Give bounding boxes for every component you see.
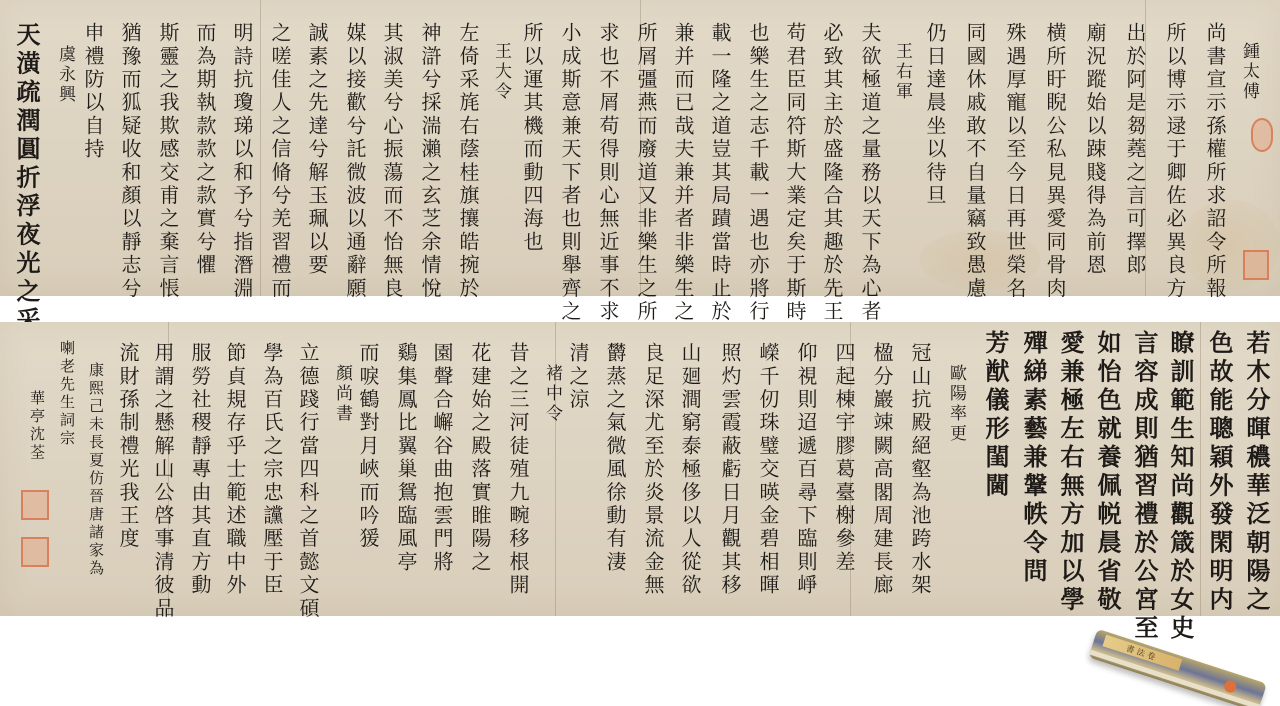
text-column: 廟況蹤始以踈賤得為前恩 (1085, 22, 1105, 277)
text-column: 猶豫而狐疑收和顏以靜志兮 (120, 22, 140, 300)
text-column: 而唳鶴對月峽而吟猨 (358, 342, 378, 551)
text-column: 苟君臣同符斯大業定矣于斯時 (785, 22, 805, 324)
seal-stamp (1251, 118, 1273, 152)
text-column: 所屑彊燕而廢道又非樂生之所 (636, 22, 656, 324)
text-column: 左倚采旄右蔭桂旗攘皓捥於 (458, 22, 478, 300)
text-column: 神滸兮採湍瀨之玄芝余情悅 (420, 22, 440, 300)
text-column: 愛兼極左右無方加以學 (1058, 330, 1082, 615)
text-column: 同國休戚敢不自量竊致愚慮 (965, 22, 985, 300)
text-column: 喇老先生詞宗 (59, 340, 74, 448)
scroll-top-section: 鍾太傅 尚書宣示孫權所求詔令所報 所以博示逯于卿佐必異良方 出於阿是芻蕘之言可擇… (0, 0, 1280, 296)
text-column: 清之涼 (568, 342, 588, 412)
paper-seam (1200, 322, 1201, 616)
text-column: 殊遇厚寵以至今日再世榮名 (1005, 22, 1025, 300)
text-column: 虞永興 (56, 45, 73, 105)
text-column: 瞭訓範生知尚觀箴於女史 (1168, 330, 1192, 644)
text-column: 顏尚書 (333, 364, 350, 424)
text-column: 求也不屑苟得則心無近事不求 (598, 22, 618, 324)
text-column: 昔之三河徒殖九畹移根開 (508, 342, 528, 597)
text-column: 而為期執款款之款實兮懼 (195, 22, 215, 277)
text-column: 園聲合嶰谷曲抱雲門將 (432, 342, 452, 574)
text-column: 其淑美兮心振蕩而不怡無良 (382, 22, 402, 300)
text-column: 若木分暉穠華泛朝陽之 (1244, 330, 1268, 615)
text-column: 立德踐行當四科之首懿文碩 (298, 342, 318, 620)
text-column: 用謂之懸解山公啓事清彼品 (153, 342, 173, 620)
text-column: 如怡色就養佩帨晨省敬 (1095, 330, 1119, 615)
text-column: 斯靈之我欺感交甫之棄言悵 (158, 22, 178, 300)
paper-seam (260, 0, 261, 296)
text-column: 歐陽率更 (947, 364, 964, 444)
text-column: 王大令 (492, 42, 509, 102)
text-column: 冠山抗殿絕壑為池跨水架 (910, 342, 930, 597)
text-column: 所以運其機而動四海也 (522, 22, 542, 254)
text-column: 小成斯意兼天下者也則舉齊之事 (560, 22, 580, 347)
text-column: 申禮防以自持 (83, 22, 103, 161)
text-column: 横所盱睨公私見異愛同骨肉 (1045, 22, 1065, 300)
text-column: 楹分巖竦闕高閣周建長廊 (872, 342, 892, 597)
text-column: 也樂生之志千載一遇也亦將行千 (748, 22, 768, 347)
text-column: 出於阿是芻蕘之言可擇郎 (1125, 22, 1145, 277)
text-column: 明詩抗瓊珶以和予兮指潛淵 (232, 22, 252, 300)
text-column: 嶸千仞珠璧交暎金碧相暉 (758, 342, 778, 597)
text-column: 良足深尤至於炎景流金無 (643, 342, 663, 597)
text-column: 四起棟宇膠葛臺榭參差 (834, 342, 854, 574)
text-column: 流財孫制禮光我王度 (118, 342, 138, 551)
text-column: 殫綈素藝兼鞶帙令問 (1021, 330, 1045, 587)
text-column: 天潢疏潤圓折浮夜光之采 (14, 22, 38, 336)
text-column: 王右軍 (893, 42, 910, 102)
text-column: 必致其主於盛隆合其趣於先王 (822, 22, 842, 324)
text-column: 夫欲極道之量務以天下為心者 (860, 22, 880, 324)
scroll-bottom-section: 若木分暉穠華泛朝陽之 色故能聰穎外發閑明内 瞭訓範生知尚觀箴於女史 言容成則猶習… (0, 322, 1280, 616)
text-column: 照灼雲霞蔽虧日月觀其移 (720, 342, 740, 597)
text-column: 花建始之殿落實睢陽之 (470, 342, 490, 574)
text-column: 媒以接歡兮託微波以通辭願 (345, 22, 365, 300)
seal-stamp (21, 537, 49, 567)
seal-stamp (21, 490, 49, 520)
text-column: 之嗟佳人之信脩兮羌習禮而 (270, 22, 290, 300)
text-column: 所以博示逯于卿佐必異良方 (1165, 22, 1185, 300)
text-column: 尚書宣示孫權所求詔令所報 (1205, 22, 1225, 300)
text-column: 鍾太傅 (1240, 42, 1257, 102)
text-column: 載一隆之道豈其局蹟當時止於 (710, 22, 730, 324)
text-column: 山廻澗窮泰極侈以人從欲 (680, 342, 700, 597)
text-column: 節貞規存乎士範述職中外 (225, 342, 245, 597)
text-column: 褚中令 (543, 364, 560, 424)
text-column: 誠素之先達兮解玉珮以要 (307, 22, 327, 277)
text-column: 言容成則猶習禮於公宮至 (1132, 330, 1156, 644)
text-column: 芳猷儀形閨閫 (983, 330, 1007, 501)
text-column: 欝蒸之氣微風徐動有淒 (605, 342, 625, 574)
text-column: 服勞社稷靜專由其直方動 (190, 342, 210, 597)
text-column: 仰視則迢遞百尋下臨則崢 (796, 342, 816, 597)
text-column: 康熙己未長夏仿晉唐諸家為 (88, 362, 103, 578)
seal-stamp (1243, 250, 1269, 280)
text-column: 仍日達晨坐以待旦 (925, 22, 945, 208)
case-medallion (1223, 679, 1238, 694)
text-column: 鷄集鳳比翼巢鴛臨風亭 (396, 342, 416, 574)
text-column: 兼并而已哉夫兼并者非樂生之 (673, 22, 693, 324)
text-column: 色故能聰穎外發閑明内 (1207, 330, 1231, 615)
signature: 華亭沈荃 (29, 390, 44, 462)
text-column: 學為百氏之宗忠讜壓于臣 (262, 342, 282, 597)
